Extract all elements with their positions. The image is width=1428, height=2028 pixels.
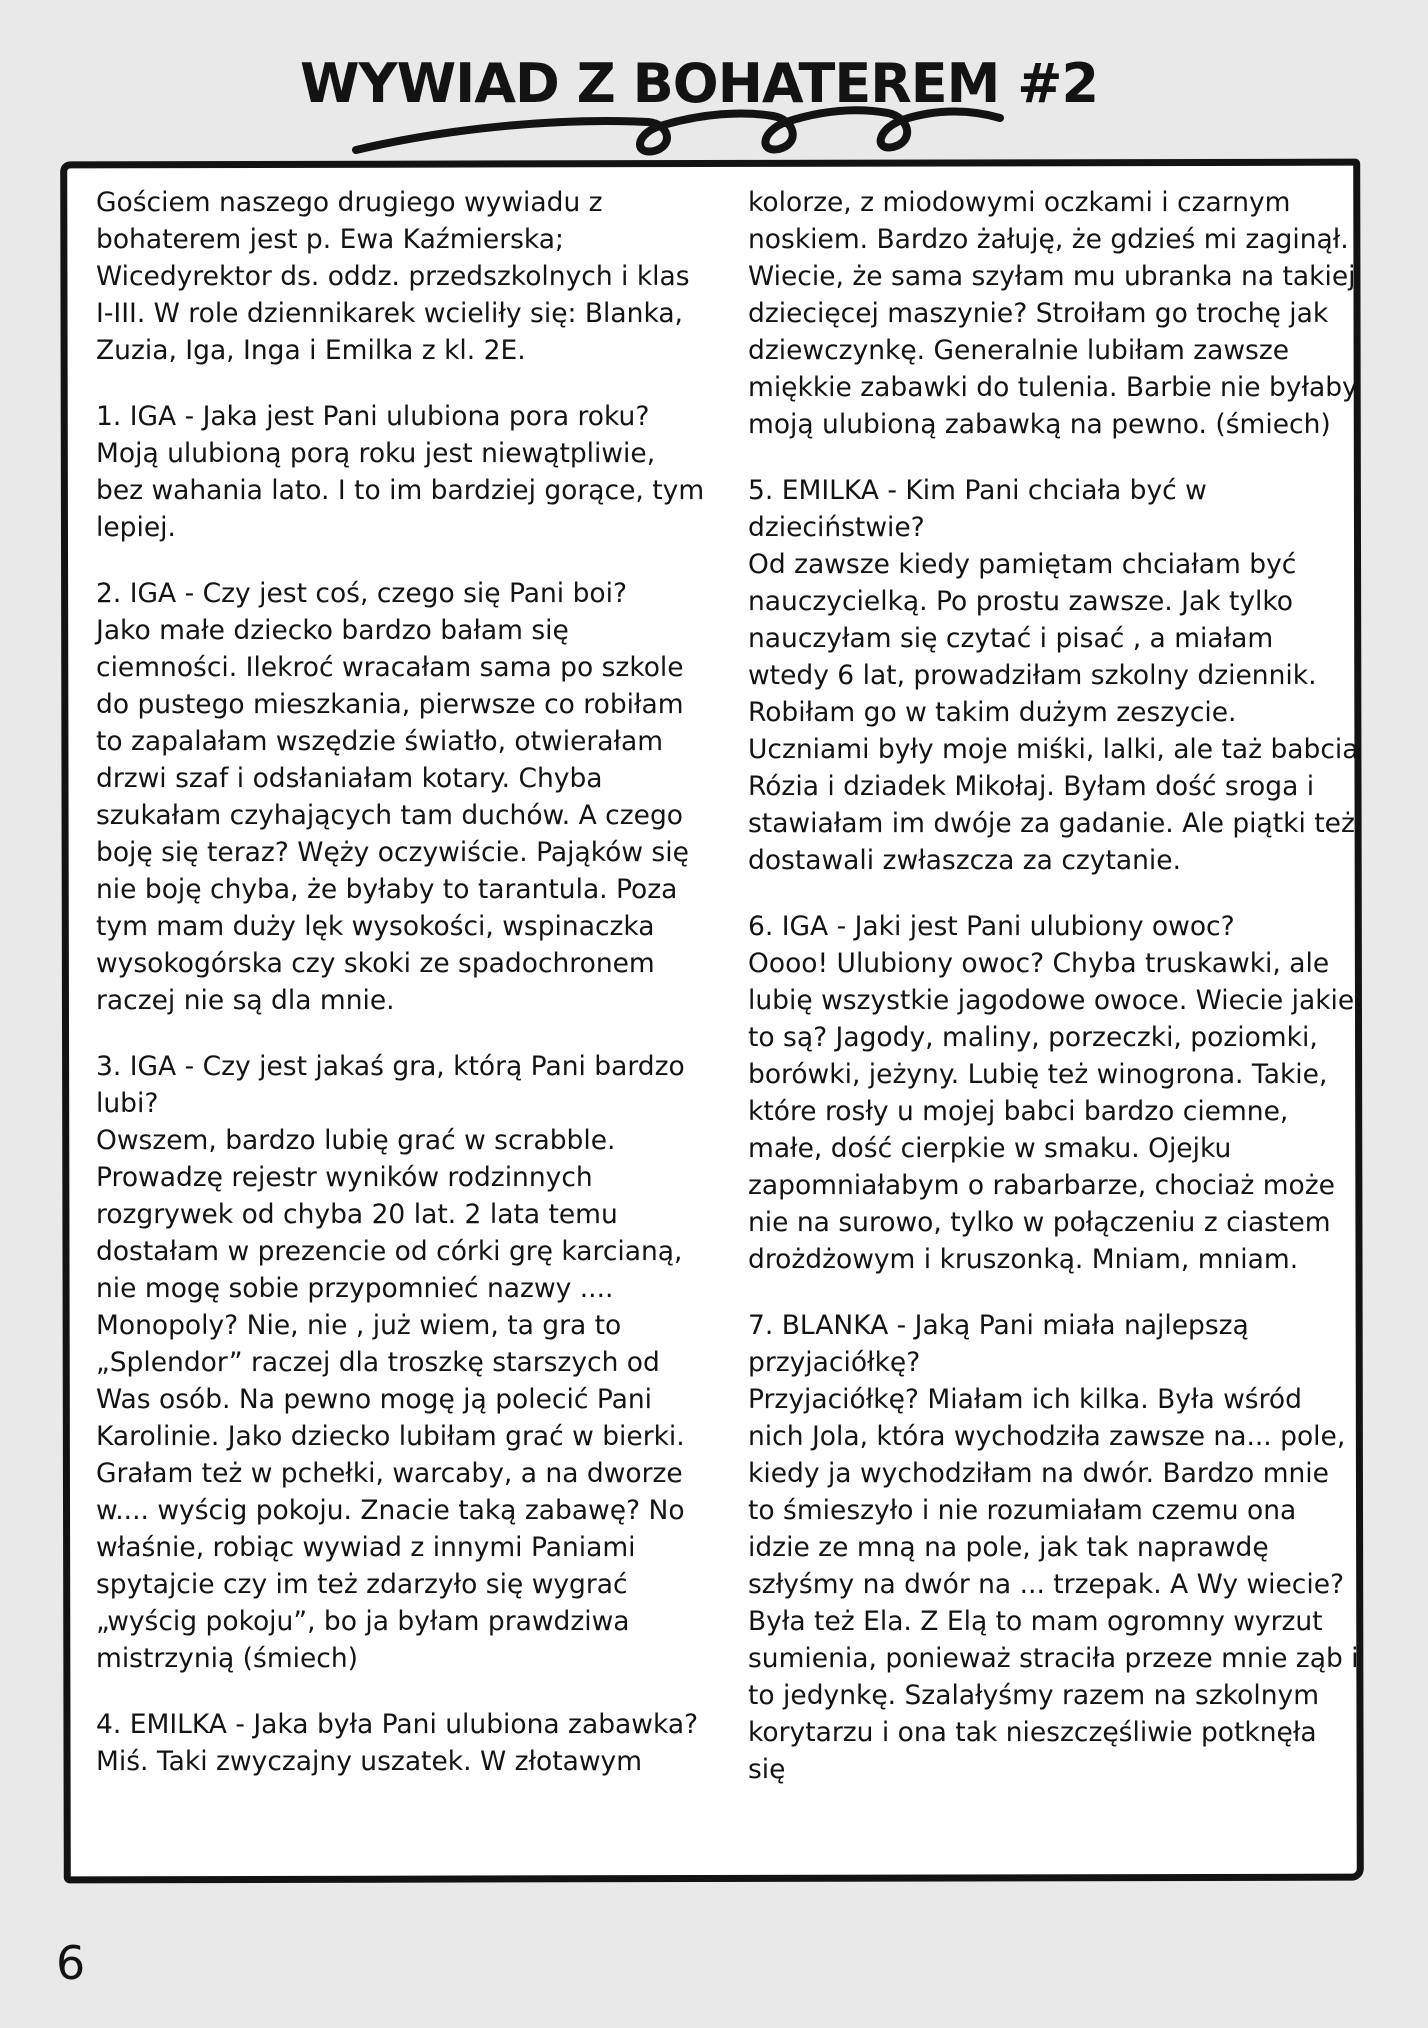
- question-text: 5. EMILKA - Kim Pani chciała być w dziec…: [748, 472, 1362, 546]
- answer-text: Miś. Taki zwyczajny uszatek. W złotawym: [96, 1743, 710, 1780]
- answer-text: Moją ulubioną porą roku jest niewątpliwi…: [96, 435, 710, 546]
- question-text: 4. EMILKA - Jaka była Pani ulubiona zaba…: [96, 1706, 710, 1743]
- interview-block-qa: 1. IGA - Jaka jest Pani ulubiona pora ro…: [96, 398, 710, 546]
- question-text: 6. IGA - Jaki jest Pani ulubiony owoc?: [748, 908, 1362, 945]
- interview-block-continuation: kolorze, z miodowymi oczkami i czarnym n…: [748, 184, 1362, 443]
- question-text: 2. IGA - Czy jest coś, czego się Pani bo…: [96, 575, 710, 612]
- left-column: Gościem naszego drugiego wywiadu z bohat…: [96, 184, 710, 1780]
- answer-text: Owszem, bardzo lubię grać w scrabble. Pr…: [96, 1122, 710, 1677]
- answer-text: Od zawsze kiedy pamiętam chciałam być na…: [748, 546, 1362, 879]
- page-number: 6: [56, 1936, 85, 1990]
- answer-text: Przyjaciółkę? Miałam ich kilka. Była wśr…: [748, 1381, 1362, 1788]
- paragraph-text: kolorze, z miodowymi oczkami i czarnym n…: [748, 184, 1362, 443]
- interview-block-qa: 3. IGA - Czy jest jakaś gra, którą Pani …: [96, 1048, 710, 1677]
- interview-block-qa: 5. EMILKA - Kim Pani chciała być w dziec…: [748, 472, 1362, 879]
- paragraph-text: Gościem naszego drugiego wywiadu z bohat…: [96, 184, 710, 369]
- question-text: 7. BLANKA - Jaką Pani miała najlepszą pr…: [748, 1307, 1362, 1381]
- interview-block-qa: 4. EMILKA - Jaka była Pani ulubiona zaba…: [96, 1706, 710, 1780]
- interview-block-qa: 7. BLANKA - Jaką Pani miała najlepszą pr…: [748, 1307, 1362, 1788]
- right-column: kolorze, z miodowymi oczkami i czarnym n…: [748, 184, 1362, 1788]
- interview-block-intro: Gościem naszego drugiego wywiadu z bohat…: [96, 184, 710, 369]
- question-text: 1. IGA - Jaka jest Pani ulubiona pora ro…: [96, 398, 710, 435]
- answer-text: Oooo! Ulubiony owoc? Chyba truskawki, al…: [748, 945, 1362, 1278]
- interview-block-qa: 6. IGA - Jaki jest Pani ulubiony owoc?Oo…: [748, 908, 1362, 1278]
- interview-block-qa: 2. IGA - Czy jest coś, czego się Pani bo…: [96, 575, 710, 1019]
- underline-squiggle-icon: [348, 100, 1008, 158]
- question-text: 3. IGA - Czy jest jakaś gra, którą Pani …: [96, 1048, 710, 1122]
- answer-text: Jako małe dziecko bardzo bałam się ciemn…: [96, 612, 710, 1019]
